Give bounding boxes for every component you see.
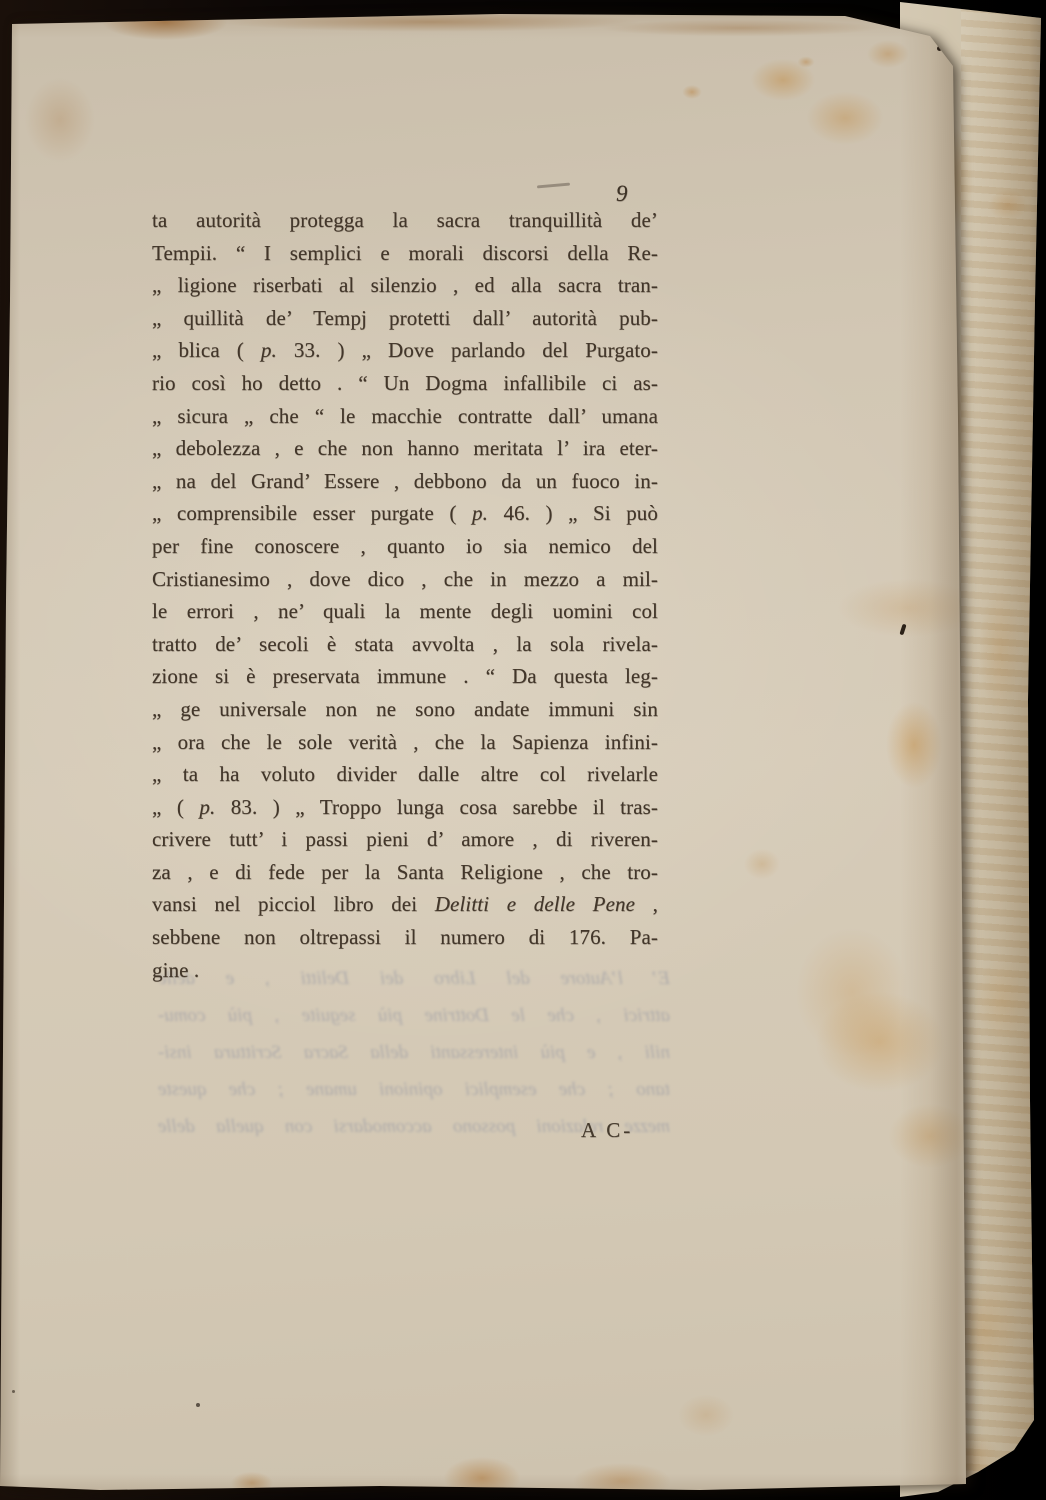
text-line: „ na del Grand’ Essere , debbono da un f… — [152, 465, 658, 498]
text-line: za , e di fede per la Santa Religione , … — [152, 856, 658, 889]
text-line: zione si è preservata immune . “ Da ques… — [152, 660, 658, 693]
text-line: „ ( p. 83. ) „ Troppo lunga cosa sarebbe… — [152, 791, 658, 824]
text-line: „ comprensibile esser purgate ( p. 46. )… — [152, 497, 658, 530]
text-line: Cristianesimo , dove dico , che in mezzo… — [152, 563, 658, 596]
text-line: vansi nel picciol libro dei Delitti e de… — [152, 888, 658, 921]
text-line: „ blica ( p. 33. ) „ Dove parlando del P… — [152, 334, 658, 367]
text-line: gine . — [152, 954, 658, 987]
text-line: per fine conoscere , quanto io sia nemic… — [152, 530, 658, 563]
text-line: ta autorità protegga la sacra tranquilli… — [152, 204, 658, 237]
text-line: tratto de’ secoli è stata avvolta , la s… — [152, 628, 658, 661]
text-line: rio così ho detto . “ Un Dogma infallibi… — [152, 367, 658, 400]
page-crease — [900, 28, 966, 1488]
text-line: „ ligione riserbati al silenzio , ed all… — [152, 269, 658, 302]
showthrough-line: nili , e più interessanti della Sacra Sc… — [158, 1034, 670, 1071]
text-line: „ ta ha voluto divider dalle altre col r… — [152, 758, 658, 791]
book-page-photo: E’ l’Autore del Libro dei Delitti , e de… — [0, 0, 1046, 1500]
catchword: A C- — [581, 1118, 633, 1143]
text-line: „ sicura „ che “ le macchie contratte da… — [152, 400, 658, 433]
ink-speck — [196, 1403, 200, 1407]
text-line: „ ge universale non ne sono andate immun… — [152, 693, 658, 726]
text-line: „ quillità de’ Tempj protetti dall’ auto… — [152, 302, 658, 335]
ink-speck — [12, 1390, 15, 1393]
text-line: Tempii. “ I semplici e morali discorsi d… — [152, 237, 658, 270]
page: E’ l’Autore del Libro dei Delitti , e de… — [0, 0, 1046, 1500]
page-surface: E’ l’Autore del Libro dei Delitti , e de… — [0, 0, 1046, 1500]
text-line: „ debolezza , e che non hanno meritata l… — [152, 432, 658, 465]
text-line: sebbene non oltrepassi il numero di 176.… — [152, 921, 658, 954]
text-line: „ ora che le sole verità , che la Sapien… — [152, 726, 658, 759]
text-line: le errori , ne’ quali la mente degli uom… — [152, 595, 658, 628]
showthrough-line: tano ; che esemplici opinioni umane ; ch… — [158, 1071, 670, 1108]
text-block: ta autorità protegga la sacra tranquilli… — [152, 204, 658, 986]
showthrough-line: attrici , che le Dottrine più seguite , … — [158, 997, 670, 1034]
text-line: crivere tutt’ i passi pieni d’ amore , d… — [152, 823, 658, 856]
ink-speck — [937, 46, 942, 51]
